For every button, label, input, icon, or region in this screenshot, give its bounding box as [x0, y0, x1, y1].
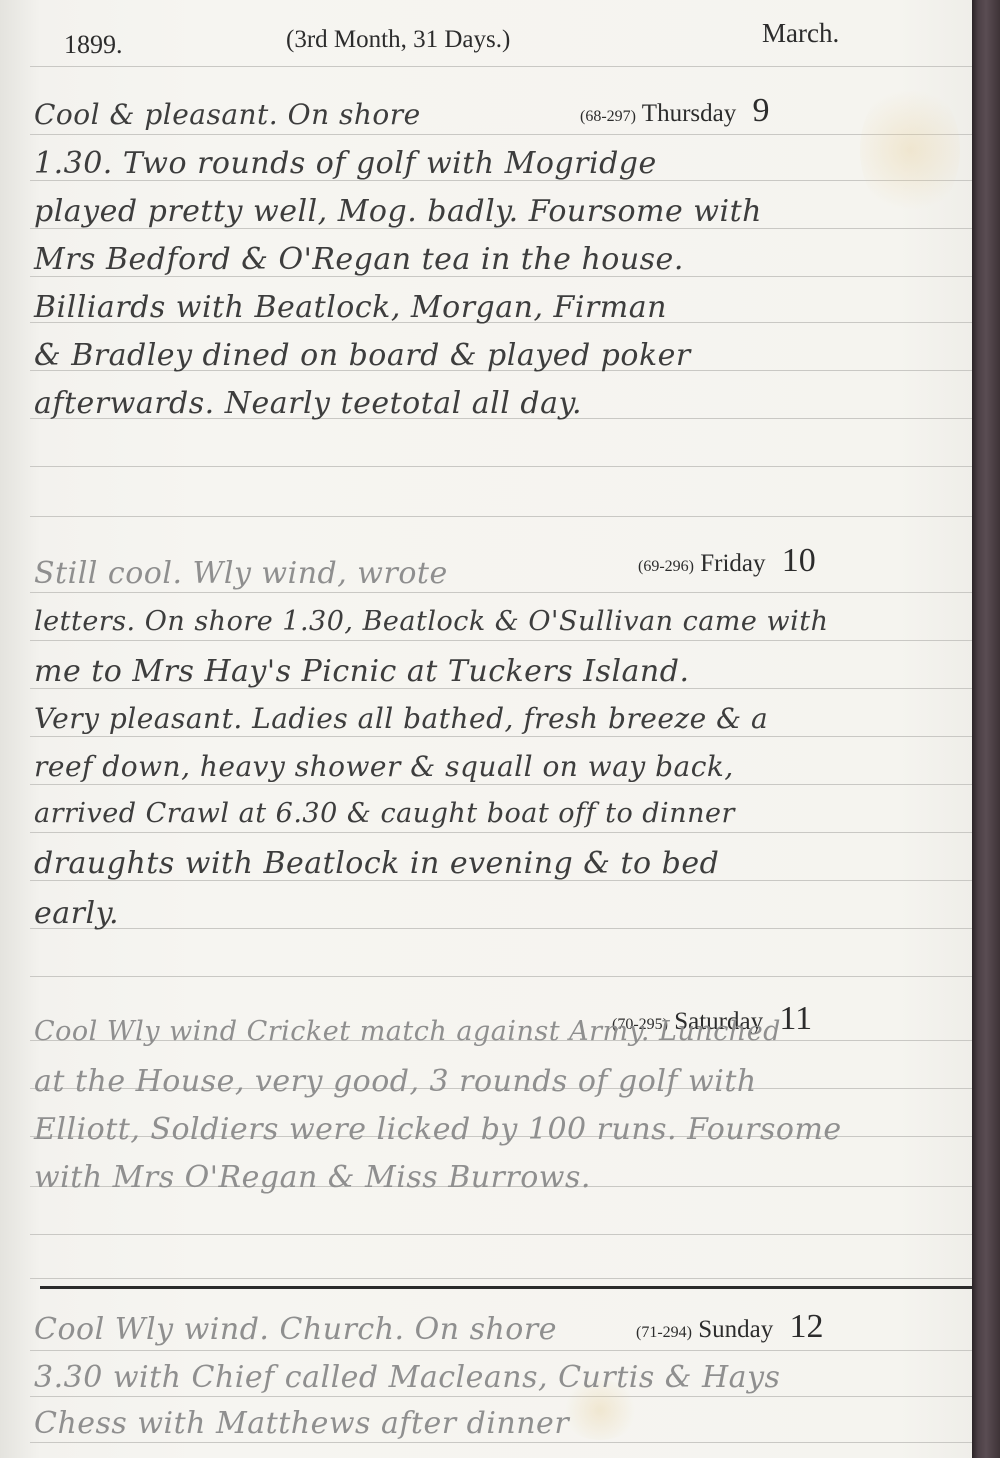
entry-line: draughts with Beatlock in evening & to b…	[34, 846, 719, 881]
day-code: (71-294)	[636, 1324, 692, 1341]
date-number: 9	[752, 92, 769, 129]
ruled-line	[30, 832, 972, 833]
entry-line: Cool & pleasant. On shore	[34, 98, 421, 131]
entry-line: with Mrs O'Regan & Miss Burrows.	[34, 1160, 591, 1195]
day-heading-thursday: (68-297) Thursday 9	[580, 92, 769, 130]
day-code: (68-297)	[580, 108, 636, 125]
date-number: 12	[789, 1308, 823, 1345]
day-heading-friday: (69-296) Friday 10	[638, 542, 816, 580]
ruled-line	[30, 1442, 972, 1443]
ruled-line	[30, 784, 972, 785]
date-number: 11	[779, 1000, 812, 1037]
ruled-line	[30, 1350, 972, 1351]
entry-line: Cool Wly wind Cricket match against Army…	[34, 1016, 781, 1047]
ruled-line	[30, 976, 972, 977]
ruled-line	[30, 736, 972, 737]
entry-line: Very pleasant. Ladies all bathed, fresh …	[34, 702, 768, 735]
diary-page: 1899. (3rd Month, 31 Days.) March. (68-2…	[0, 0, 972, 1458]
ruled-line	[30, 1278, 972, 1279]
ruled-line	[30, 640, 972, 641]
header-month-name: March.	[762, 18, 839, 49]
entry-line: 1.30. Two rounds of golf with Mogridge	[34, 146, 657, 181]
book-binding-edge	[972, 0, 1000, 1458]
ruled-line	[30, 516, 972, 517]
weekday: Thursday	[642, 100, 736, 127]
entry-line: Billiards with Beatlock, Morgan, Firman	[34, 290, 667, 325]
entry-line: 3.30 with Chief called Macleans, Curtis …	[34, 1360, 780, 1395]
entry-line: me to Mrs Hay's Picnic at Tuckers Island…	[34, 654, 690, 689]
entry-line: reef down, heavy shower & squall on way …	[34, 750, 734, 783]
day-code: (69-296)	[638, 558, 694, 575]
ruled-line	[30, 134, 972, 135]
entry-line: Mrs Bedford & O'Regan tea in the house.	[34, 242, 684, 277]
entry-line: played pretty well, Mog. badly. Foursome…	[34, 194, 762, 229]
entry-line: Chess with Matthews after dinner	[34, 1406, 569, 1441]
weekday: Friday	[700, 550, 765, 577]
day-separator-line	[40, 1286, 972, 1289]
date-number: 10	[782, 542, 816, 579]
ruled-line	[30, 928, 972, 929]
entry-line: at the House, very good, 3 rounds of gol…	[34, 1064, 757, 1099]
entry-line: Elliott, Soldiers were licked by 100 run…	[34, 1112, 842, 1147]
ruled-line	[30, 466, 972, 467]
entry-line: arrived Crawl at 6.30 & caught boat off …	[34, 798, 735, 829]
weekday: Sunday	[698, 1316, 773, 1343]
entry-line: Still cool. Wly wind, wrote	[34, 556, 448, 591]
paper-stain	[860, 80, 960, 220]
header-month-info: (3rd Month, 31 Days.)	[286, 26, 510, 54]
header-year: 1899.	[64, 30, 123, 60]
ruled-line	[30, 66, 972, 67]
entry-line: Cool Wly wind. Church. On shore	[34, 1312, 557, 1347]
ruled-line	[30, 1234, 972, 1235]
ruled-line	[30, 1396, 972, 1397]
entry-line: afterwards. Nearly teetotal all day.	[34, 386, 582, 421]
day-heading-sunday: (71-294) Sunday 12	[636, 1308, 823, 1346]
ruled-line	[30, 592, 972, 593]
entry-line: early.	[34, 896, 119, 931]
entry-line: letters. On shore 1.30, Beatlock & O'Sul…	[34, 606, 828, 637]
entry-line: & Bradley dined on board & played poker	[34, 338, 691, 373]
